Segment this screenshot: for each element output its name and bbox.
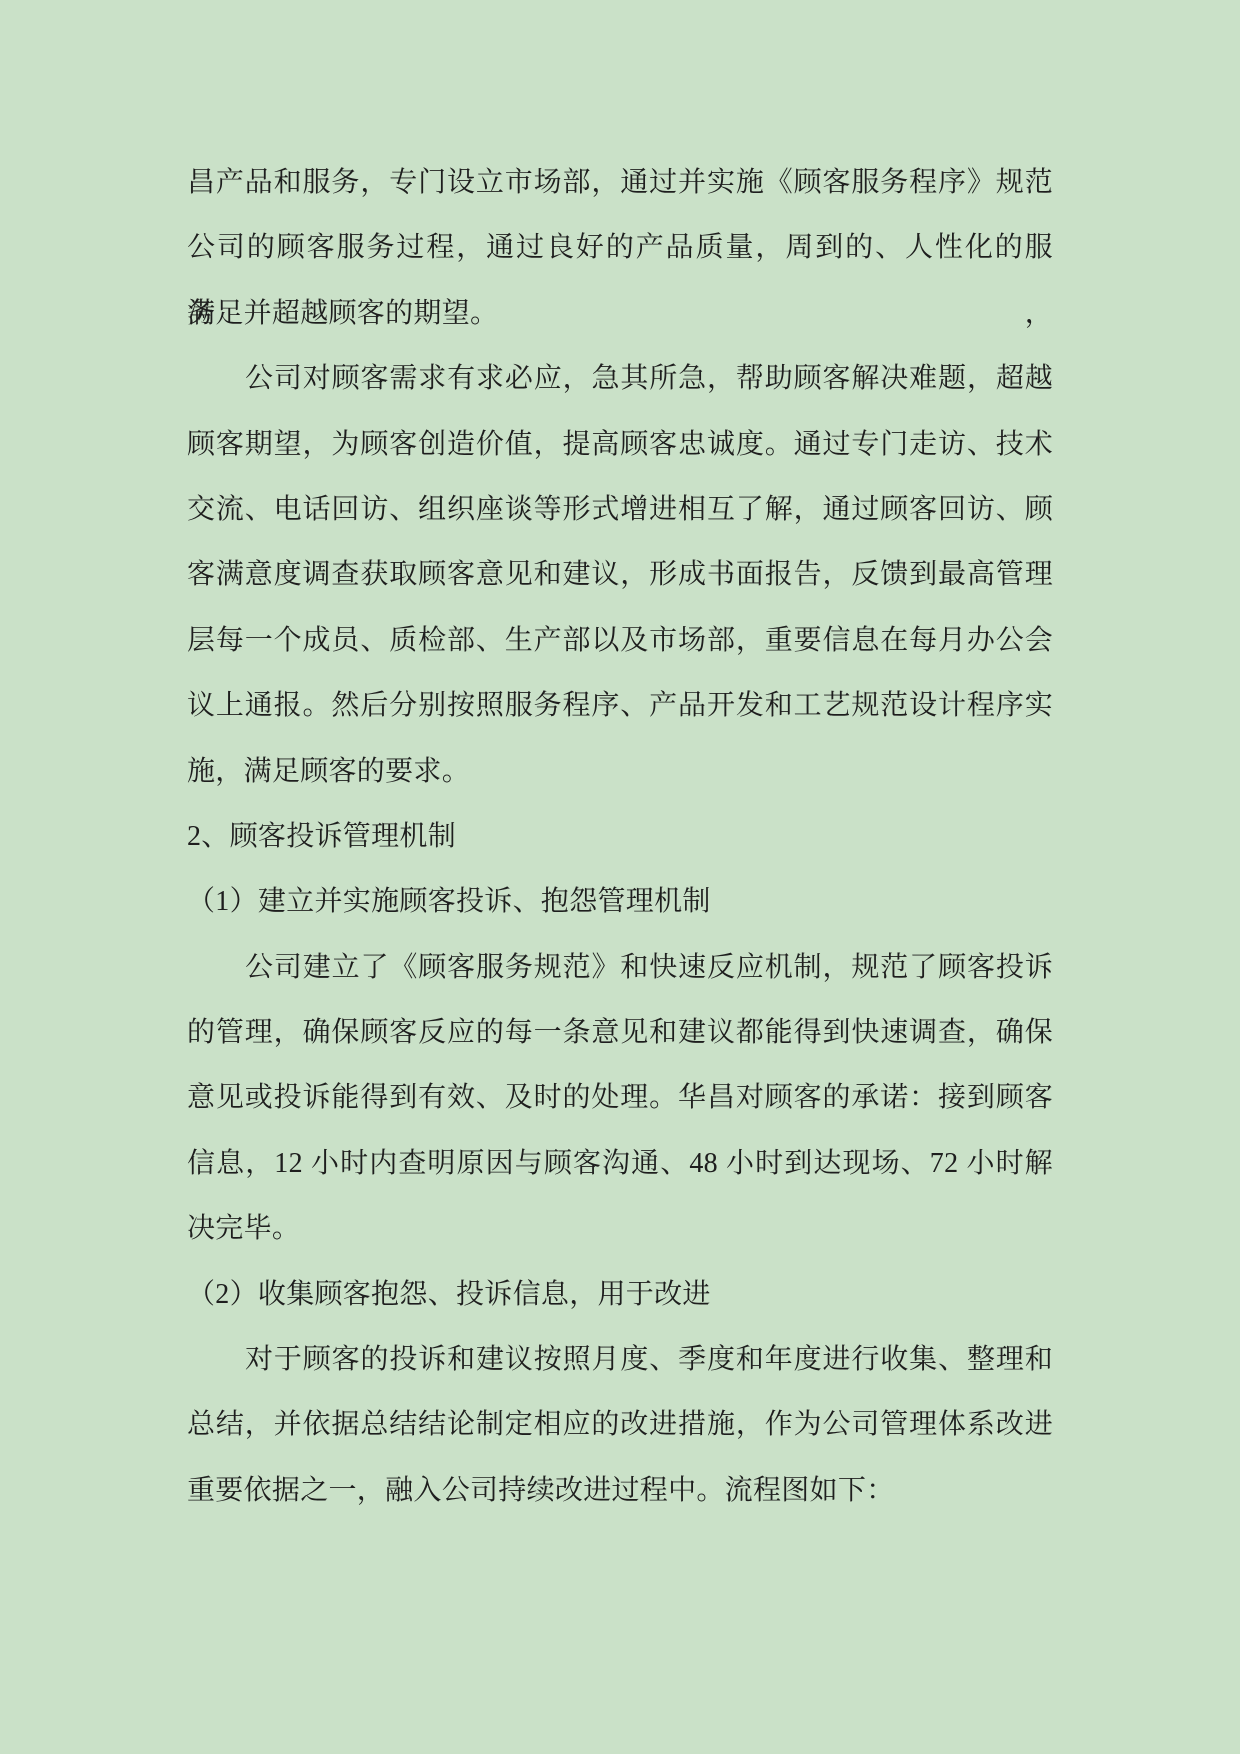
- text-line: 公司的顾客服务过程，通过良好的产品质量，周到的、人性化的服务，: [187, 215, 1053, 280]
- document-page: { "page": { "background_color": "#cae1c8…: [0, 0, 1240, 1754]
- text-line: 公司建立了《顾客服务规范》和快速反应机制，规范了顾客投诉: [187, 935, 1053, 1000]
- text-line: 总结，并依据总结结论制定相应的改进措施，作为公司管理体系改进: [187, 1392, 1053, 1457]
- text-line: 客满意度调查获取顾客意见和建议，形成书面报告，反馈到最高管理: [187, 542, 1053, 607]
- text-line: 昌产品和服务，专门设立市场部，通过并实施《顾客服务程序》规范: [187, 150, 1053, 215]
- text-line: 对于顾客的投诉和建议按照月度、季度和年度进行收集、整理和: [187, 1327, 1053, 1392]
- text-line: 意见或投诉能得到有效、及时的处理。华昌对顾客的承诺：接到顾客: [187, 1065, 1053, 1130]
- text-block: 昌产品和服务，专门设立市场部，通过并实施《顾客服务程序》规范 公司的顾客服务过程…: [187, 150, 1053, 1523]
- text-line: 信息，12 小时内查明原因与顾客沟通、48 小时到达现场、72 小时解: [187, 1131, 1053, 1196]
- text-line: 公司对顾客需求有求必应，急其所急，帮助顾客解决难题，超越: [187, 346, 1053, 411]
- section-heading: 2、顾客投诉管理机制: [187, 804, 1053, 869]
- text-line: 顾客期望，为顾客创造价值，提高顾客忠诚度。通过专门走访、技术: [187, 412, 1053, 477]
- text-line: 决完毕。: [187, 1196, 1053, 1261]
- page-background: 昌产品和服务，专门设立市场部，通过并实施《顾客服务程序》规范 公司的顾客服务过程…: [0, 0, 1240, 1754]
- text-line: 议上通报。然后分别按照服务程序、产品开发和工艺规范设计程序实: [187, 673, 1053, 738]
- text-line: 重要依据之一，融入公司持续改进过程中。流程图如下：: [187, 1458, 1053, 1523]
- text-line: 层每一个成员、质检部、生产部以及市场部，重要信息在每月办公会: [187, 608, 1053, 673]
- text-line: 施，满足顾客的要求。: [187, 739, 1053, 804]
- text-line: 的管理，确保顾客反应的每一条意见和建议都能得到快速调查，确保: [187, 1000, 1053, 1065]
- subsection-heading: （2）收集顾客抱怨、投诉信息，用于改进: [187, 1262, 1053, 1327]
- text-line: 交流、电话回访、组织座谈等形式增进相互了解，通过顾客回访、顾: [187, 477, 1053, 542]
- subsection-heading: （1）建立并实施顾客投诉、抱怨管理机制: [187, 869, 1053, 934]
